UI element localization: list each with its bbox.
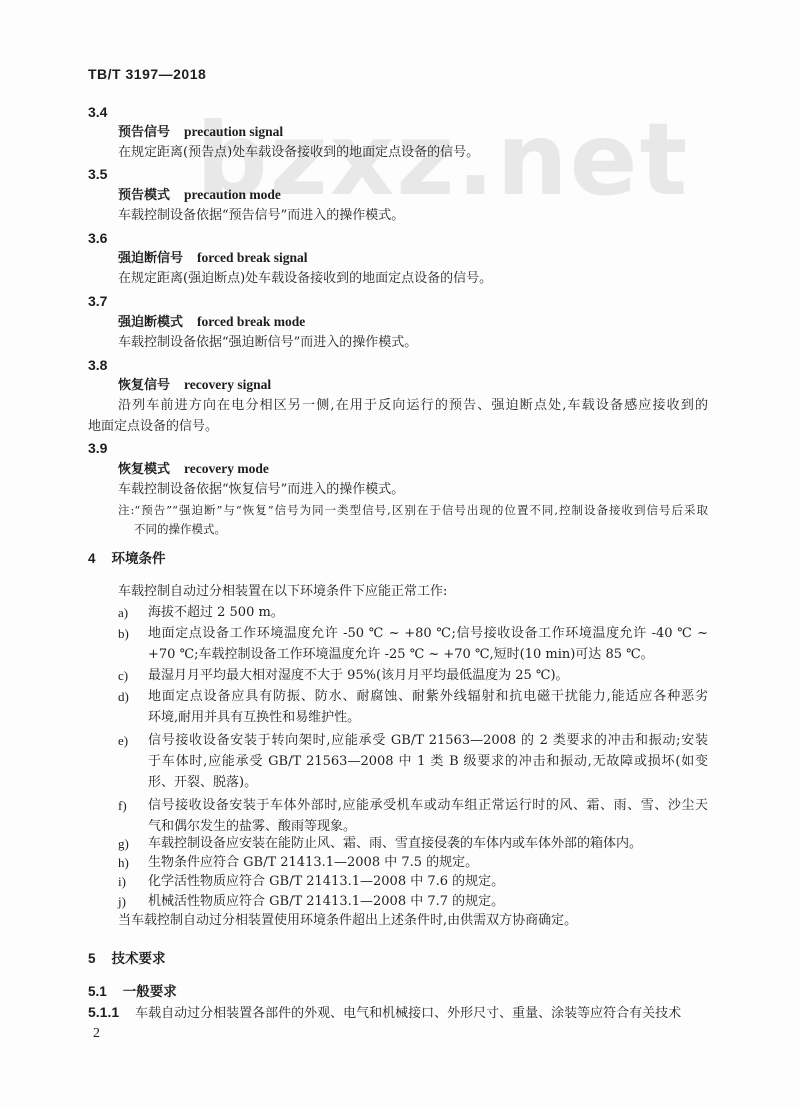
section-title: 环境条件 — [112, 551, 166, 566]
list-item-text-cont: 形、开裂、脱落)。 — [148, 775, 257, 791]
list-label: g) — [118, 836, 129, 852]
term-heading: 预告信号precaution signal — [118, 124, 283, 141]
list-item-text-cont: 于车体时,应能承受 GB/T 21563—2008 中 1 类 B 级要求的冲击… — [148, 754, 708, 770]
section-heading: 5技术要求 — [88, 951, 166, 967]
term-definition: 车载控制设备依据“恢复信号”而进入的操作模式。 — [118, 482, 404, 498]
clause-number: 3.5 — [88, 166, 107, 182]
note-text-cont: 不同的操作模式。 — [134, 521, 226, 537]
list-item-text: 信号接收设备安装于车体外部时,应能承受机车或动车组正常运行时的风、霜、雨、雪、沙… — [148, 798, 708, 814]
term-definition-cont: 地面定点设备的信号。 — [88, 419, 218, 435]
list-item-text: 信号接收设备安装于转向架时,应能承受 GB/T 21563—2008 的 2 类… — [148, 733, 708, 749]
term-definition: 在规定距离(强迫断点)处车载设备接收到的地面定点设备的信号。 — [118, 271, 492, 287]
section-closing: 当车载控制自动过分相装置使用环境条件超出上述条件时,由供需双方协商确定。 — [118, 913, 577, 929]
term-zh: 强迫断模式 — [118, 315, 183, 330]
list-label: i) — [118, 874, 126, 890]
term-en: recovery mode — [184, 461, 269, 476]
list-label: c) — [118, 668, 128, 684]
term-heading: 强迫断模式forced break mode — [118, 314, 305, 331]
term-en: forced break signal — [197, 250, 308, 265]
clause-number: 5.1.1 — [88, 1004, 119, 1020]
clause-text: 车载自动过分相装置各部件的外观、电气和机械接口、外形尺寸、重量、涂装等应符合有关… — [135, 1006, 681, 1021]
subsection-number: 5.1 — [88, 984, 107, 999]
clause-number: 3.9 — [88, 440, 107, 456]
term-heading: 预告模式precaution mode — [118, 187, 281, 204]
list-item-text: 机械活性物质应符合 GB/T 21413.1—2008 中 7.7 的规定。 — [148, 894, 504, 910]
list-label: b) — [118, 626, 129, 642]
term-heading: 恢复模式recovery mode — [118, 461, 269, 478]
list-label: f) — [118, 798, 127, 814]
term-zh: 预告信号 — [118, 125, 170, 140]
list-item-text: 车载控制设备应安装在能防止风、霜、雨、雪直接侵袭的车体内或车体外部的箱体内。 — [148, 836, 642, 852]
list-label: e) — [118, 733, 128, 749]
clause-number: 3.7 — [88, 293, 107, 309]
list-item-text: 化学活性物质应符合 GB/T 21413.1—2008 中 7.6 的规定。 — [148, 874, 504, 890]
subsection-title: 一般要求 — [123, 984, 177, 999]
term-zh: 恢复信号 — [118, 378, 170, 393]
term-en: recovery signal — [184, 377, 271, 392]
list-item-text: 生物条件应符合 GB/T 21413.1—2008 中 7.5 的规定。 — [148, 855, 478, 871]
term-definition: 沿列车前进方向在电分相区另一侧,在用于反向运行的预告、强迫断点处,车载设备感应接… — [118, 398, 708, 414]
clause-line: 5.1.1车载自动过分相装置各部件的外观、电气和机械接口、外形尺寸、重量、涂装等… — [88, 1004, 681, 1022]
term-en: precaution mode — [184, 187, 281, 202]
section-number: 4 — [88, 551, 96, 566]
clause-number: 3.6 — [88, 230, 107, 246]
list-label: d) — [118, 689, 129, 705]
term-heading: 恢复信号recovery signal — [118, 377, 271, 394]
section-heading: 4环境条件 — [88, 551, 166, 567]
list-item-text-cont: +70 ℃;车载控制设备工作环境温度允许 -25 ℃ ~ +70 ℃,短时(10… — [148, 647, 654, 663]
subsection-heading: 5.1一般要求 — [88, 984, 177, 1000]
list-item-text-cont: 气和偶尔发生的盐雾、酸雨等现象。 — [148, 819, 356, 835]
term-zh: 预告模式 — [118, 188, 170, 203]
note-text: 注:“预告”“强迫断”与“恢复”信号为同一类型信号,区别在于信号出现的位置不同,… — [118, 502, 708, 518]
list-item-text: 地面定点设备工作环境温度允许 -50 ℃ ~ +80 ℃;信号接收设备工作环境温… — [148, 626, 708, 642]
page-number: 2 — [93, 1026, 100, 1042]
list-item-text: 海拔不超过 2 500 m。 — [148, 605, 284, 621]
list-label: a) — [118, 605, 128, 621]
clause-number: 3.4 — [88, 104, 107, 120]
clause-number: 3.8 — [88, 357, 107, 373]
document-page: bzxz.net TB/T 3197—2018 3.4 预告信号precauti… — [0, 0, 800, 1106]
list-label: h) — [118, 855, 129, 871]
list-item-text-cont: 环境,耐用并具有互换性和易维护性。 — [148, 710, 360, 726]
section-intro: 车载控制自动过分相装置在以下环境条件下应能正常工作: — [118, 584, 447, 600]
standard-id-header: TB/T 3197—2018 — [88, 66, 206, 82]
list-label: j) — [118, 894, 126, 910]
list-item-text: 地面定点设备应具有防振、防水、耐腐蚀、耐紫外线辐射和抗电磁干扰能力,能适应各种恶… — [148, 689, 708, 705]
term-zh: 强迫断信号 — [118, 251, 183, 266]
term-definition: 在规定距离(预告点)处车载设备接收到的地面定点设备的信号。 — [118, 145, 479, 161]
term-definition: 车载控制设备依据“强迫断信号”而进入的操作模式。 — [118, 335, 417, 351]
term-en: forced break mode — [197, 314, 305, 329]
term-heading: 强迫断信号forced break signal — [118, 250, 308, 267]
term-en: precaution signal — [184, 124, 283, 139]
section-number: 5 — [88, 951, 96, 966]
section-title: 技术要求 — [112, 951, 166, 966]
term-zh: 恢复模式 — [118, 462, 170, 477]
list-item-text: 最湿月月平均最大相对湿度不大于 95%(该月月平均最低温度为 25 ℃)。 — [148, 668, 569, 684]
term-definition: 车载控制设备依据“预告信号”而进入的操作模式。 — [118, 208, 404, 224]
